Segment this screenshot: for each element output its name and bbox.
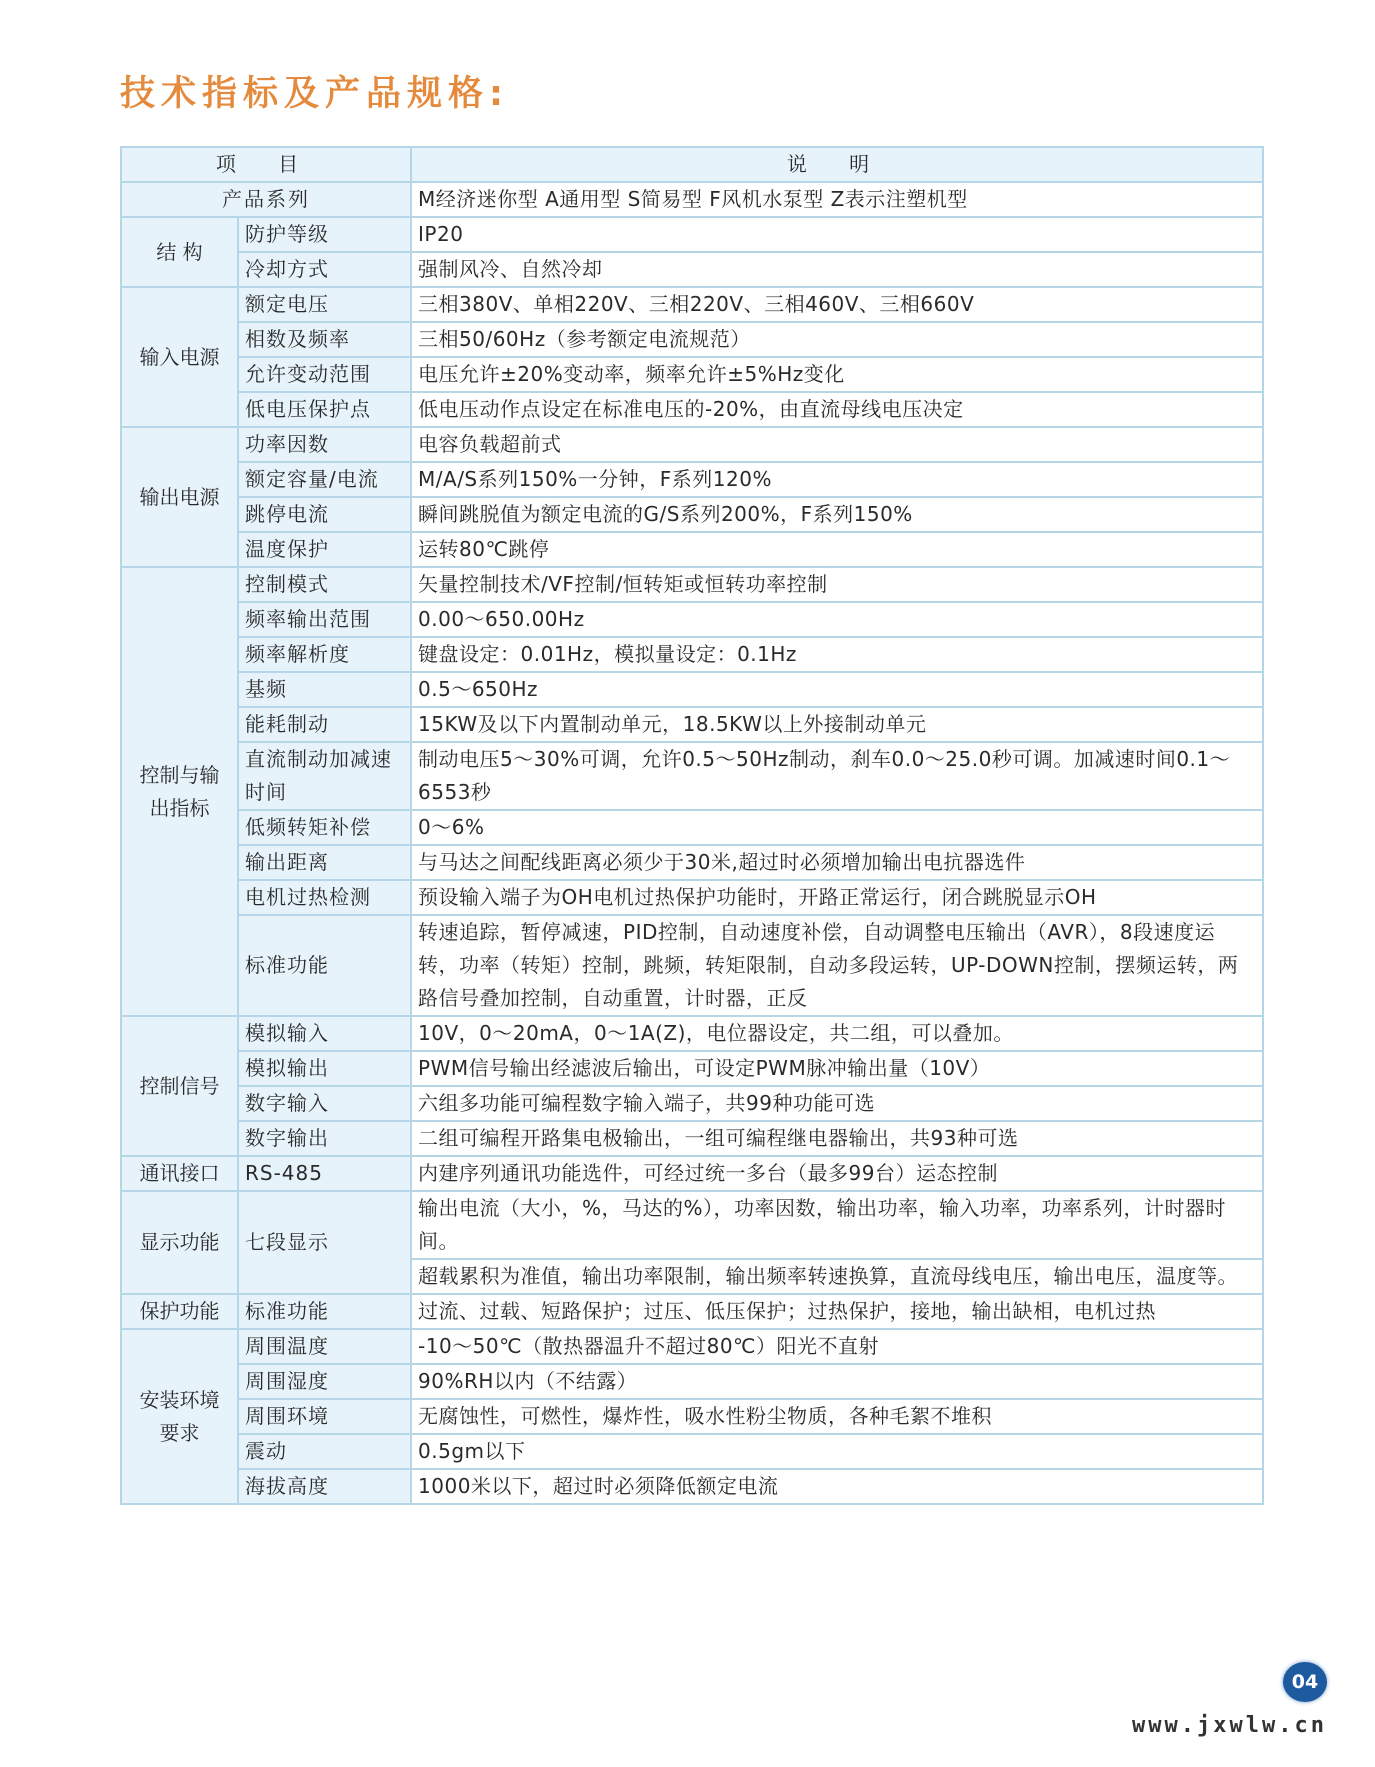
row-label: 直流制动加减速时间 — [238, 742, 411, 810]
table-row: 允许变动范围 电压允许±20%变动率，频率允许±5%Hz变化 — [121, 357, 1263, 392]
table-row: 标准功能 转速追踪，暂停减速，PID控制，自动速度补偿，自动调整电压输出（AVR… — [121, 915, 1263, 1016]
row-value: 电容负载超前式 — [411, 427, 1263, 462]
table-row: 输入电源 额定电压 三相380V、单相220V、三相220V、三相460V、三相… — [121, 287, 1263, 322]
page-title: 技术指标及产品规格: — [120, 66, 509, 116]
table-row: 输出距离 与马达之间配线距离必须少于30米,超过时必须增加输出电抗器选件 — [121, 845, 1263, 880]
table-row: 温度保护 运转80℃跳停 — [121, 532, 1263, 567]
table-row: 相数及频率 三相50/60Hz（参考额定电流规范） — [121, 322, 1263, 357]
table-row: 保护功能 标准功能 过流、过载、短路保护；过压、低压保护；过热保护，接地，输出缺… — [121, 1294, 1263, 1329]
row-value: 矢量控制技术/VF控制/恒转矩或恒转功率控制 — [411, 567, 1263, 602]
row-value: 低电压动作点设定在标准电压的-20%，由直流母线电压决定 — [411, 392, 1263, 427]
table-row: 输出电源 功率因数 电容负载超前式 — [121, 427, 1263, 462]
row-label: 低频转矩补偿 — [238, 810, 411, 845]
row-label: 低电压保护点 — [238, 392, 411, 427]
website-url: www.jxwlw.cn — [1132, 1713, 1327, 1738]
header-desc: 说 明 — [411, 147, 1263, 182]
row-label: 模拟输入 — [238, 1016, 411, 1051]
row-value: 强制风冷、自然冷却 — [411, 252, 1263, 287]
group-label: 显示功能 — [121, 1191, 238, 1294]
row-label: 基频 — [238, 672, 411, 707]
row-label: 相数及频率 — [238, 322, 411, 357]
table-row: 直流制动加减速时间 制动电压5～30%可调，允许0.5～50Hz制动，刹车0.0… — [121, 742, 1263, 810]
row-label: 额定电压 — [238, 287, 411, 322]
table-row: 震动 0.5gm以下 — [121, 1434, 1263, 1469]
row-label: 七段显示 — [238, 1191, 411, 1294]
page-number-badge: 04 — [1283, 1662, 1327, 1702]
table-row: 额定容量/电流 M/A/S系列150%一分钟，F系列120% — [121, 462, 1263, 497]
row-value: 转速追踪，暂停减速，PID控制，自动速度补偿，自动调整电压输出（AVR），8段速… — [411, 915, 1263, 1016]
row-label: RS-485 — [238, 1156, 411, 1191]
row-value: 键盘设定：0.01Hz，模拟量设定：0.1Hz — [411, 637, 1263, 672]
row-value: 0.00～650.00Hz — [411, 602, 1263, 637]
table-row: 显示功能 七段显示 输出电流（大小，%，马达的%），功率因数，输出功率，输入功率… — [121, 1191, 1263, 1259]
row-value: 过流、过载、短路保护；过压、低压保护；过热保护，接地，输出缺相，电机过热 — [411, 1294, 1263, 1329]
row-label: 跳停电流 — [238, 497, 411, 532]
row-value: 制动电压5～30%可调，允许0.5～50Hz制动，刹车0.0～25.0秒可调。加… — [411, 742, 1263, 810]
row-value: 六组多功能可编程数字输入端子，共99种功能可选 — [411, 1086, 1263, 1121]
row-label: 数字输入 — [238, 1086, 411, 1121]
row-label: 周围温度 — [238, 1329, 411, 1364]
row-value: 二组可编程开路集电极输出，一组可编程继电器输出，共93种可选 — [411, 1121, 1263, 1156]
row-label: 输出距离 — [238, 845, 411, 880]
table-row: 海拔高度 1000米以下，超过时必须降低额定电流 — [121, 1469, 1263, 1504]
row-value: 输出电流（大小，%，马达的%），功率因数，输出功率，输入功率，功率系列，计时器时… — [411, 1191, 1263, 1259]
table-row: 数字输入 六组多功能可编程数字输入端子，共99种功能可选 — [121, 1086, 1263, 1121]
row-label: 控制模式 — [238, 567, 411, 602]
table-row: 电机过热检测 预设输入端子为OH电机过热保护功能时，开路正常运行，闭合跳脱显示O… — [121, 880, 1263, 915]
row-value: 90%RH以内（不结露） — [411, 1364, 1263, 1399]
table-row: 通讯接口 RS-485 内建序列通讯功能选件，可经过统一多台（最多99台）运态控… — [121, 1156, 1263, 1191]
row-label: 频率输出范围 — [238, 602, 411, 637]
row-value: M/A/S系列150%一分钟，F系列120% — [411, 462, 1263, 497]
row-value: 电压允许±20%变动率，频率允许±5%Hz变化 — [411, 357, 1263, 392]
row-label: 标准功能 — [238, 915, 411, 1016]
row-value: 三相380V、单相220V、三相220V、三相460V、三相660V — [411, 287, 1263, 322]
row-label: 模拟输出 — [238, 1051, 411, 1086]
row-value: 三相50/60Hz（参考额定电流规范） — [411, 322, 1263, 357]
table-row: 能耗制动 15KW及以下内置制动单元，18.5KW以上外接制动单元 — [121, 707, 1263, 742]
table-row: 低频转矩补偿 0～6% — [121, 810, 1263, 845]
row-label: 数字输出 — [238, 1121, 411, 1156]
row-value: -10～50℃（散热器温升不超过80℃）阳光不直射 — [411, 1329, 1263, 1364]
table-row: 模拟输出 PWM信号输出经滤波后输出，可设定PWM脉冲输出量（10V） — [121, 1051, 1263, 1086]
table-row: 低电压保护点 低电压动作点设定在标准电压的-20%，由直流母线电压决定 — [121, 392, 1263, 427]
table-row: 控制信号 模拟输入 10V，0～20mA，0～1A(Z)，电位器设定，共二组，可… — [121, 1016, 1263, 1051]
group-label: 控制信号 — [121, 1016, 238, 1156]
row-value: 运转80℃跳停 — [411, 532, 1263, 567]
spec-table: 项 目 说 明 产品系列 M经济迷你型 A通用型 S简易型 F风机水泵型 Z表示… — [120, 146, 1264, 1505]
table-row: 基频 0.5～650Hz — [121, 672, 1263, 707]
row-label: 冷却方式 — [238, 252, 411, 287]
group-label: 保护功能 — [121, 1294, 238, 1329]
row-label: 电机过热检测 — [238, 880, 411, 915]
row-label: 功率因数 — [238, 427, 411, 462]
row-value: 瞬间跳脱值为额定电流的G/S系列200%，F系列150% — [411, 497, 1263, 532]
row-value: 10V，0～20mA，0～1A(Z)，电位器设定，共二组，可以叠加。 — [411, 1016, 1263, 1051]
row-label: 周围环境 — [238, 1399, 411, 1434]
table-header-row: 项 目 说 明 — [121, 147, 1263, 182]
row-label: 防护等级 — [238, 217, 411, 252]
row-value: M经济迷你型 A通用型 S简易型 F风机水泵型 Z表示注塑机型 — [411, 182, 1263, 217]
group-label: 结 构 — [121, 217, 238, 287]
row-value: 0.5～650Hz — [411, 672, 1263, 707]
row-label: 产品系列 — [121, 182, 411, 217]
row-value: IP20 — [411, 217, 1263, 252]
group-label: 输入电源 — [121, 287, 238, 427]
row-value: 无腐蚀性，可燃性，爆炸性，吸水性粉尘物质，各种毛絮不堆积 — [411, 1399, 1263, 1434]
row-label: 能耗制动 — [238, 707, 411, 742]
row-value: 0～6% — [411, 810, 1263, 845]
row-label: 标准功能 — [238, 1294, 411, 1329]
group-label: 通讯接口 — [121, 1156, 238, 1191]
row-value: 超载累积为准值，输出功率限制，输出频率转速换算，直流母线电压，输出电压，温度等。 — [411, 1259, 1263, 1294]
group-label: 安装环境要求 — [121, 1329, 238, 1504]
row-value: 与马达之间配线距离必须少于30米,超过时必须增加输出电抗器选件 — [411, 845, 1263, 880]
table-row: 冷却方式 强制风冷、自然冷却 — [121, 252, 1263, 287]
group-label: 输出电源 — [121, 427, 238, 567]
table-row: 周围环境 无腐蚀性，可燃性，爆炸性，吸水性粉尘物质，各种毛絮不堆积 — [121, 1399, 1263, 1434]
table-row: 数字输出 二组可编程开路集电极输出，一组可编程继电器输出，共93种可选 — [121, 1121, 1263, 1156]
row-value: 预设输入端子为OH电机过热保护功能时，开路正常运行，闭合跳脱显示OH — [411, 880, 1263, 915]
row-label: 允许变动范围 — [238, 357, 411, 392]
row-value: 内建序列通讯功能选件，可经过统一多台（最多99台）运态控制 — [411, 1156, 1263, 1191]
row-label: 震动 — [238, 1434, 411, 1469]
row-value: PWM信号输出经滤波后输出，可设定PWM脉冲输出量（10V） — [411, 1051, 1263, 1086]
table-row: 安装环境要求 周围温度 -10～50℃（散热器温升不超过80℃）阳光不直射 — [121, 1329, 1263, 1364]
row-value: 15KW及以下内置制动单元，18.5KW以上外接制动单元 — [411, 707, 1263, 742]
group-label: 控制与输出指标 — [121, 567, 238, 1016]
row-label: 额定容量/电流 — [238, 462, 411, 497]
row-value: 1000米以下，超过时必须降低额定电流 — [411, 1469, 1263, 1504]
table-row: 频率解析度 键盘设定：0.01Hz，模拟量设定：0.1Hz — [121, 637, 1263, 672]
row-value: 0.5gm以下 — [411, 1434, 1263, 1469]
table-row: 控制与输出指标 控制模式 矢量控制技术/VF控制/恒转矩或恒转功率控制 — [121, 567, 1263, 602]
table-row: 周围湿度 90%RH以内（不结露） — [121, 1364, 1263, 1399]
row-label: 温度保护 — [238, 532, 411, 567]
row-label: 海拔高度 — [238, 1469, 411, 1504]
row-label: 周围湿度 — [238, 1364, 411, 1399]
row-label: 频率解析度 — [238, 637, 411, 672]
table-row: 产品系列 M经济迷你型 A通用型 S简易型 F风机水泵型 Z表示注塑机型 — [121, 182, 1263, 217]
table-row: 结 构 防护等级 IP20 — [121, 217, 1263, 252]
header-item: 项 目 — [121, 147, 411, 182]
table-row: 跳停电流 瞬间跳脱值为额定电流的G/S系列200%，F系列150% — [121, 497, 1263, 532]
table-row: 频率输出范围 0.00～650.00Hz — [121, 602, 1263, 637]
